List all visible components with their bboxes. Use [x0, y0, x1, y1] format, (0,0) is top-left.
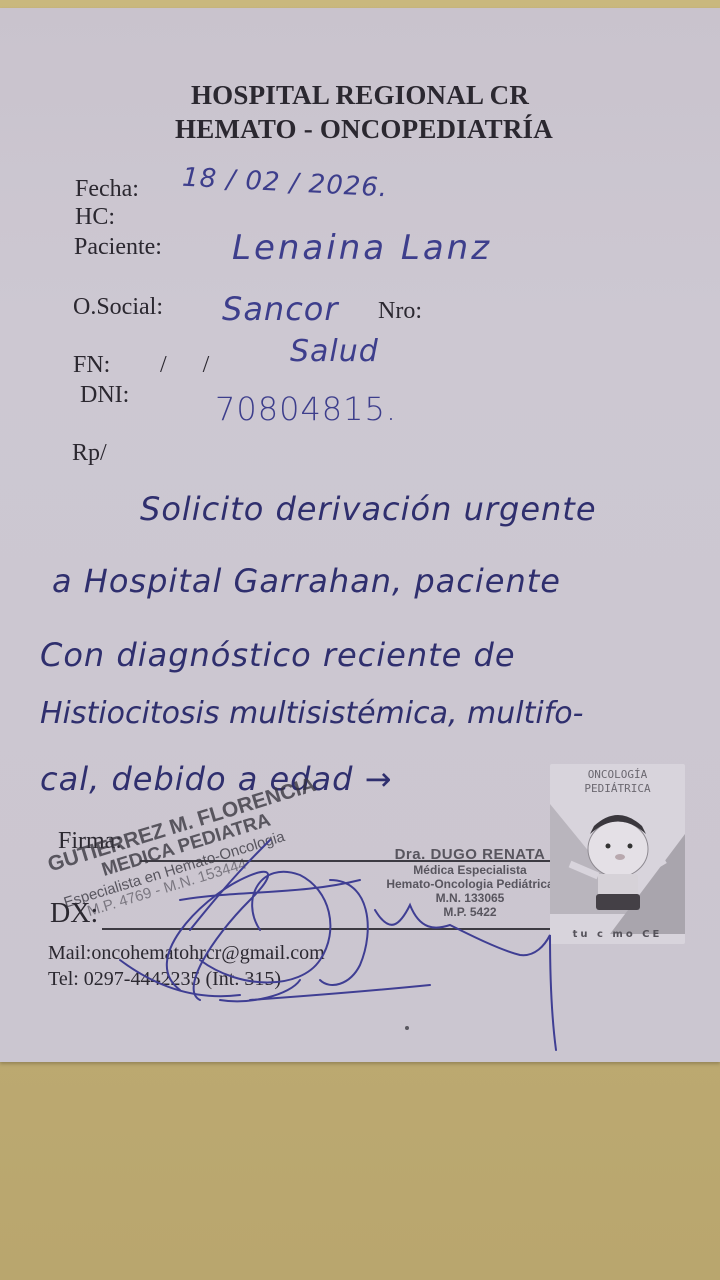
osocial-label: O.Social:: [73, 294, 163, 321]
department-name: HEMATO - ONCOPEDIATRÍA: [0, 114, 720, 145]
rx-line-1: Solicito derivación urgente: [140, 490, 597, 528]
paciente-label: Paciente:: [74, 234, 162, 261]
stamp-dugo-mn: M.N. 133065: [360, 891, 580, 905]
stamp-dugo: Dra. DUGO RENATA Médica Especialista Hem…: [360, 846, 580, 919]
rx-line-4: Histiocitosis multisistémica, multifo-: [40, 696, 583, 731]
dni-value: 70804815.: [215, 390, 397, 428]
stamp-dugo-mp: M.P. 5422: [360, 905, 580, 919]
rx-line-3: Con diagnóstico reciente de: [40, 636, 516, 674]
paciente-value: Lenaina Lanz: [232, 228, 492, 268]
stamp-dugo-title: Médica Especialista: [360, 863, 580, 877]
hospital-name: HOSPITAL REGIONAL CR: [0, 80, 720, 111]
child-mascot-icon: [550, 764, 685, 944]
oncology-logo: ONCOLOGÍA PEDIÁTRICA tu c mo CE: [550, 764, 685, 944]
contact-mail: Mail:oncohematohrcr@gmail.com: [48, 942, 325, 965]
contact-phone: Tel: 0297-4442235 (Int. 315): [48, 968, 281, 991]
rp-label: Rp/: [72, 440, 107, 467]
hc-label: HC:: [75, 204, 115, 231]
osocial-value-line2: Salud: [290, 334, 379, 369]
osocial-value-line1: Sancor: [222, 290, 339, 328]
stamp-dugo-name: Dra. DUGO RENATA: [360, 846, 580, 863]
fecha-label: Fecha:: [75, 176, 139, 203]
dni-label: DNI:: [80, 382, 129, 409]
logo-tagline: tu c mo CE: [550, 929, 685, 940]
rx-line-2: a Hospital Garrahan, paciente: [52, 562, 561, 600]
nro-label: Nro:: [378, 298, 422, 325]
fn-date-slashes: / /: [160, 352, 209, 379]
fn-label: FN:: [73, 352, 110, 379]
dx-line: [102, 928, 550, 930]
stamp-dugo-specialty: Hemato-Oncologia Pediátrica: [360, 877, 580, 891]
